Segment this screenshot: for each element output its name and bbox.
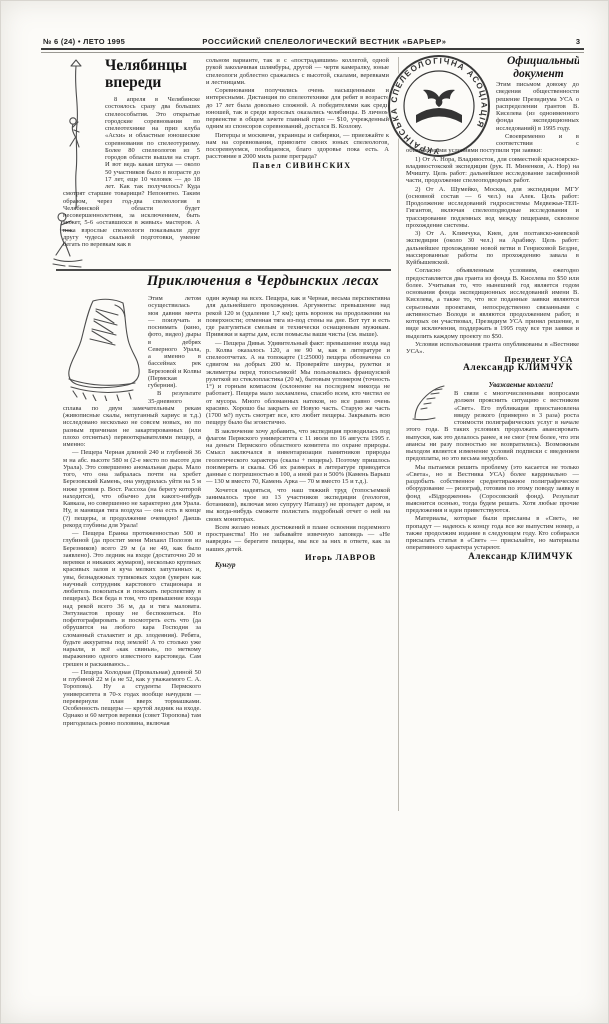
article1-column-1: Челябинцы впереди 8 апреля в Челябинске … <box>63 57 200 265</box>
article2-paragraph: Хочется надеяться, что наш тяжкий труд (… <box>206 487 390 523</box>
column-divider-rule <box>398 57 399 811</box>
header-issue: № 6 (24) • ЛЕТО 1995 <box>43 37 125 46</box>
article2-column-2: один жумар на всех. Пещера, как и Черная… <box>206 295 390 829</box>
hiking-boot-illustration <box>63 295 143 401</box>
article1-byline: Павел СИВИНСКИХ <box>206 162 389 169</box>
article2-paragraph: один жумар на всех. Пещера, как и Черная… <box>206 295 390 339</box>
official-paragraph: Условия использования гранта опубликован… <box>406 341 579 356</box>
letter-signature-name: Александр КЛИМЧУК <box>406 553 579 560</box>
header-page-number: 3 <box>576 37 580 46</box>
article2-paragraph: Всем желаю новых достижений в плане осво… <box>206 524 390 553</box>
section-divider-rule <box>56 269 391 271</box>
article2-byline: Игорь ЛАВРОВ <box>206 554 390 561</box>
official-paragraph: Согласно объявленным условиям, ежегодно … <box>406 267 579 340</box>
article1-column-2: сольном варианте, так и с «пострадавшим»… <box>206 57 389 265</box>
official-document-heading: Официальный документ <box>406 55 579 81</box>
official-paragraph: 3) От А. Климчука, Киев, для полтавско-к… <box>406 230 579 266</box>
letter-paragraph: Материалы, которые были присланы в «Свет… <box>406 515 579 551</box>
official-paragraph: 1) От А. Нора, Владивосток, для совместн… <box>406 156 579 185</box>
article2-paragraph: — Пещера Черная длиной 240 и глубиной 36… <box>63 449 201 529</box>
article1-paragraph: Соревнования получились очень насыщенным… <box>206 87 389 131</box>
header-rule-thin <box>41 52 584 53</box>
article2-byline-city: Кунгур <box>206 562 390 569</box>
article2-paragraph: В заключение хочу добавить, что экспедиц… <box>206 428 390 486</box>
official-signature-name: Александр КЛИМЧУК <box>406 365 579 372</box>
newspaper-page: № 6 (24) • ЛЕТО 1995 РОССИЙСКИЙ СПЕЛЕОЛО… <box>0 0 609 1024</box>
article2-paragraph: — Пещера Дивья. Удивительный факт: превы… <box>206 340 390 427</box>
article2-headline: Приключения в Чердынских лесах <box>129 273 397 290</box>
article1-paragraph: Питерцы и москвичи, украинцы и сибиряки,… <box>206 132 389 161</box>
article2-paragraph: — Пещера Еранка протяженностью 500 и глу… <box>63 530 201 668</box>
illustration-spacer <box>63 57 105 185</box>
header-rule-thick <box>41 48 584 50</box>
article1-paragraph: сольном варианте, так и с «пострадавшим»… <box>206 57 389 86</box>
article2-column-1: Этим летом осуществилась моя давняя мечт… <box>63 295 201 817</box>
stamp-spacer <box>406 81 496 141</box>
article2-paragraph: — Пещера Холодная (Провальная) длиной 50… <box>63 669 201 727</box>
header-title: РОССИЙСКИЙ СПЕЛЕОЛОГИЧЕСКИЙ ВЕСТНИК «БАР… <box>121 37 528 46</box>
letter-paragraph: Мы пытаемся решить проблему (это касаетс… <box>406 464 579 515</box>
right-column: Официальный документ Этим письмом довожу… <box>406 55 579 813</box>
quill-doodle-illustration <box>406 382 450 422</box>
official-paragraph: 2) От А. Шумейко, Москва, для экспедиции… <box>406 186 579 230</box>
